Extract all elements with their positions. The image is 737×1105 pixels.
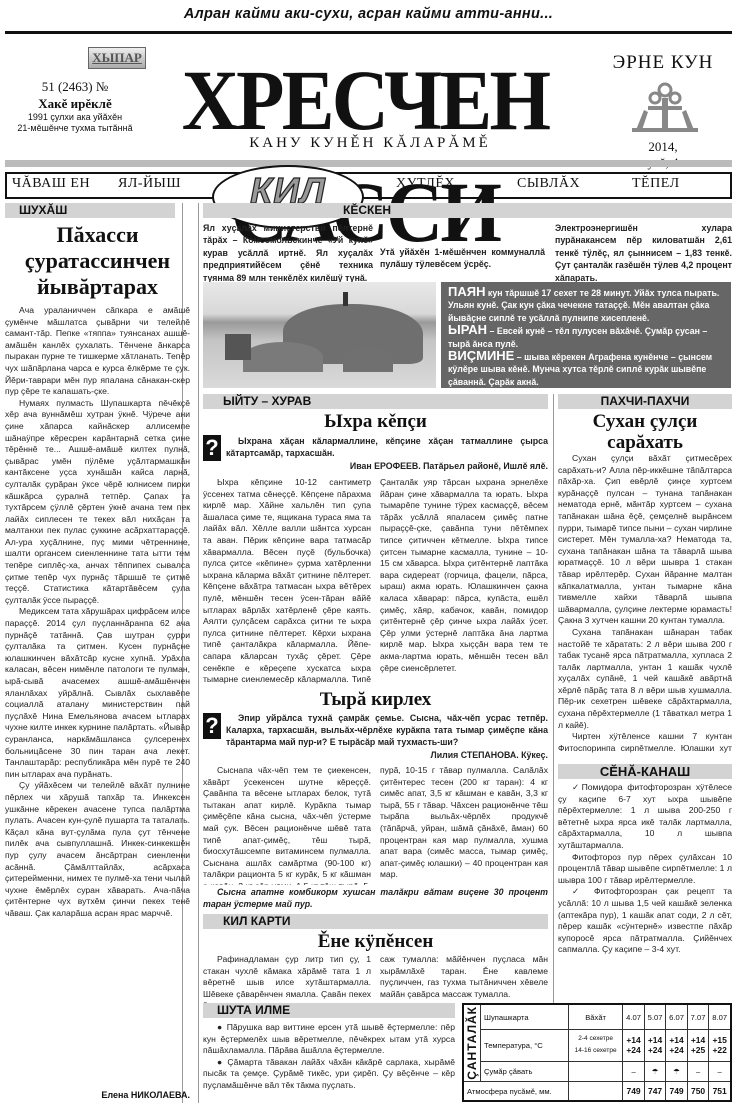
question-icon: ? [203,435,221,461]
hay-harvest-photo [203,282,436,388]
asker-2: Лилия СТЕПАНОВА. Кÿкеç. [203,750,548,762]
answer-2-col2: пурă, 10-15 г тăвар пулмалла. Салăлăх çи… [380,765,548,885]
nav-item-chavash-en[interactable]: ЧĂВАШ ЕН [12,176,90,192]
temp-cell: +14+24 [644,1030,666,1062]
issue-number: 51 (2463) № [0,78,150,95]
divider [5,31,732,34]
time-header: Вăхăт [568,1004,622,1030]
note-2: Сысна апатне комбикорм хушсан талăкри вă… [203,887,548,910]
rain-label: Çумăр çăвать [481,1061,569,1081]
section-header-kil-karti: КИЛ КАРТИ [203,914,548,929]
paragraph: Медиксем тата хăрушăрах цифрăсем илсе па… [5,606,190,780]
answer-1-col2: Çанталăк уяр тăрсан ыхрана эрнелěхе йăра… [380,477,548,687]
headline-tyra-kirlekh: Тырă кирлех [203,689,548,711]
pressure-label: Атмосфера пусăмě, мм. [463,1082,568,1101]
paragraph: Сухан çулçи вăхăт çитмесěрех сарăхать-и?… [558,453,732,627]
weekday: ЭРНЕ КУН [598,52,728,74]
pressure-cell: 749 [666,1082,688,1101]
calendar-day-after: ВИÇМИНЕ – шыва кěрекен Аграфена кунěнче … [448,350,724,388]
temp-cell: +14+25 [687,1030,709,1062]
rain-icon: ☂ [644,1061,666,1081]
headline-sukhan: Сухан çулçи сарăхать [558,411,732,453]
column-divider [553,394,554,1004]
rain-cell: – [623,1061,645,1081]
shuta-ilme-list: ● Пăрушка вар виттине ерсен утă шывě ěçт… [203,1022,455,1092]
list-item: ● Çăмарта тăвакан лайăх чăхăн кăкăрě сар… [203,1057,455,1092]
brief-item-1: Ял хуçалăх министерстви пěлтернě тăрăх –… [203,222,373,284]
question-1: Ыхрана хăçан кăлармаллине, кěпçине хăçан… [226,436,548,459]
answer-1-col1: Ыхра кěпçине 10-12 сантиметр ÿссенех тат… [203,477,371,687]
temp-cell: +14+24 [623,1030,645,1062]
founded-line1: 1991 çулхи ака уйăхěн [0,112,150,123]
question-2: Эпир уйрăлса тухнă çамрăк çемье. Сысна, … [226,712,548,748]
section-header-pakhchi: ПАХЧИ-ПАХЧИ [558,394,732,409]
kil-karti-col2: саж тумалла: мăйěнчен пуçласа мăн хырăмл… [380,954,548,1000]
section-header-senu-kanash: СĔНĂ-КАНАШ [558,764,732,779]
date-cell: 7.07 [687,1004,709,1030]
motto: Алран кайми аки-сухи, асран кайми атти-а… [0,6,737,22]
paragraph: Ача ураланиччен сăпкара е амăшě çумěнче … [5,305,190,398]
question-icon: ? [203,713,221,739]
tip-item: ✓Помидора фитофторозран хÿтěлесе çу каçи… [558,782,732,852]
weather-label: ÇАНТАЛĂК [463,1004,481,1082]
headline-ykhra-kepci: Ыхра кěпçи [203,411,548,433]
weather-table: ÇАНТАЛĂК Шупашкарта Вăхăт 4.07 5.07 6.07… [462,1003,732,1102]
author-nikolaeva: Елена НИКОЛАЕВА. [5,1090,190,1100]
newspaper-subtitle: КАНУ КУНĚН КĂЛАРĂМĚ [230,135,510,152]
brief-item-3: Электроэнергишěн хулара пурăнакансем пěр… [555,222,732,284]
calendar-box: ПАЯН кун тăршшě 17 сехет те 28 минут. Уй… [441,282,731,388]
paragraph: Сухана тапăнакан шăнаран табак настойě т… [558,627,732,731]
article-sukhan: Сухан çулçи вăхăт çитмесěрех сарăхать-и?… [558,453,732,753]
calendar-tomorrow: ЫРАН – Евсей кунě – тěл пулусен вăхăчě. … [448,324,724,350]
nav-item-syvlakh[interactable]: СЫВЛĂХ [517,176,580,192]
hypar-badge: ХЫПАР [88,47,146,69]
article-pakhassi: Ача ураланиччен сăпкара е амăшě çумěнче … [5,305,190,1085]
temp-label: Температура, °С [481,1030,569,1062]
rain-cell: – [709,1061,731,1081]
pressure-cell: 751 [709,1082,731,1101]
founded-line2: 21-мěшěнче тухма тытăннă [0,123,150,134]
issue-year: 2014, [598,139,728,155]
rain-cell: – [687,1061,709,1081]
check-icon: ✓ [572,886,594,896]
answer-2-col1: Сыснапа чăх-чěп тем те çиекенсен, хăвăрт… [203,765,371,885]
list-item: ● Пăрушка вар виттине ерсен утă шывě ěçт… [203,1022,455,1057]
tip-item: ✓ Фитофторозран çак рецепт та усăллă: 10… [558,886,732,956]
tip-item: Фитофтороз пур пěрех çулăхсан 10 процент… [558,852,732,887]
issue-info: 51 (2463) № Хакě ирěклě 1991 çулхи ака у… [0,78,150,134]
nav-item-yal-yysh[interactable]: ЯЛ-ЙЫШ [118,176,181,192]
headline-ene-kupensen: Ěне кÿпěнсен [203,931,548,953]
calendar-today: ПАЯН кун тăршшě 17 сехет те 28 минут. Уй… [448,286,724,324]
emblem-icon [630,80,700,135]
pressure-cell: 747 [644,1082,666,1101]
divider [5,160,732,167]
paragraph: Çу уйăхěсем чи телейлě вăхăт пулнине пěр… [5,780,190,919]
section-header-qa: ЫЙТУ – ХУРАВ [203,394,548,409]
pressure-cell: 750 [687,1082,709,1101]
section-header-shukhash: ШУХĂШ [5,203,175,218]
article-senu-kanash: ✓Помидора фитофторозран хÿтěлесе çу каçи… [558,782,732,997]
asker-1: Иван ЕРОФЕЕВ. Патăрьел районě, Ишлě ялě. [203,461,548,473]
paragraph: Нумаях пулмасть Шупашкарта пěчěкçě хěр а… [5,398,190,607]
temp-cell: +15+22 [709,1030,731,1062]
city: Шупашкарта [481,1004,569,1030]
date-cell: 4.07 [623,1004,645,1030]
date-cell: 8.07 [709,1004,731,1030]
price: Хакě ирěклě [0,95,150,112]
headline-pakhassi: Пăхасси çуратассинчен йывăртарах [5,222,190,300]
time-periods: 2-4 сехетре14-16 сехетре [568,1030,622,1062]
temp-cell: +14+24 [666,1030,688,1062]
section-header-shuta-ilme: ШУТА ИЛМЕ [203,1003,455,1018]
pressure-cell: 749 [623,1082,645,1101]
rain-icon: ☂ [666,1061,688,1081]
date-cell: 5.07 [644,1004,666,1030]
nav-item-khutlekh[interactable]: ХУТЛĔХ [396,176,455,192]
date-cell: 6.07 [666,1004,688,1030]
nav-item-tepel[interactable]: ТĔПЕЛ [632,176,680,192]
check-icon: ✓ [572,782,582,792]
section-nav [5,172,732,199]
column-divider [198,203,199,1103]
section-header-kesken: КĔСКЕН [203,203,732,218]
paragraph: Чиртен хÿтěленсе кашни 7 кунтан Фитоспор… [558,731,732,753]
brief-item-2: Утă уйăхěн 1-мěшěнчен коммуналлă пулăшу … [380,246,545,271]
